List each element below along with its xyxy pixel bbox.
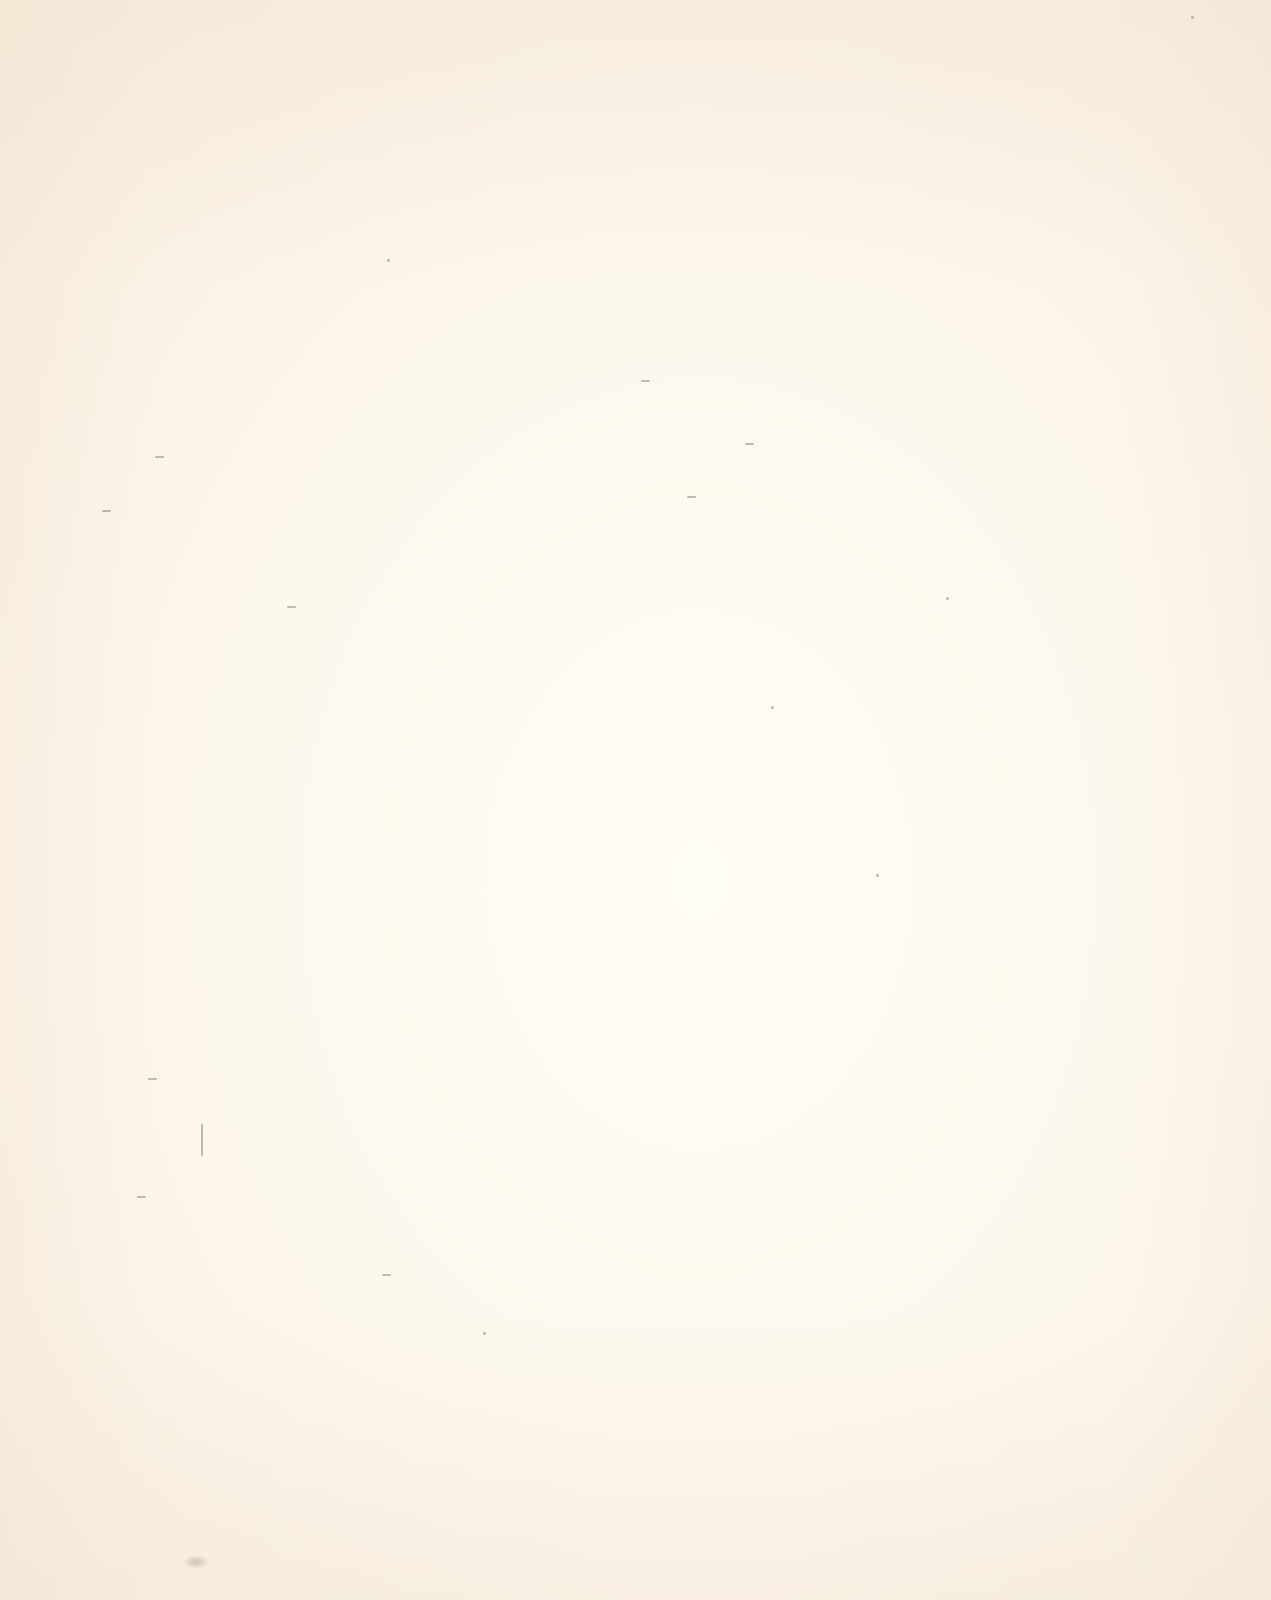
paper-speck [102, 510, 111, 512]
paper-speck [382, 1274, 391, 1276]
paper-speck [946, 597, 949, 600]
blank-paper-page [0, 0, 1271, 1600]
paper-smudge [183, 1555, 209, 1569]
paper-speck [641, 380, 650, 382]
paper-speck [148, 1078, 157, 1080]
paper-speck [687, 496, 696, 498]
paper-speck [745, 443, 754, 445]
paper-speck [876, 874, 879, 877]
paper-speck [287, 606, 296, 608]
paper-speck [483, 1332, 486, 1335]
paper-speck [201, 1124, 203, 1156]
paper-speck [771, 706, 774, 709]
paper-speck [387, 259, 390, 262]
paper-speck [1191, 16, 1194, 19]
paper-speck [155, 456, 164, 458]
paper-speck [137, 1196, 146, 1198]
